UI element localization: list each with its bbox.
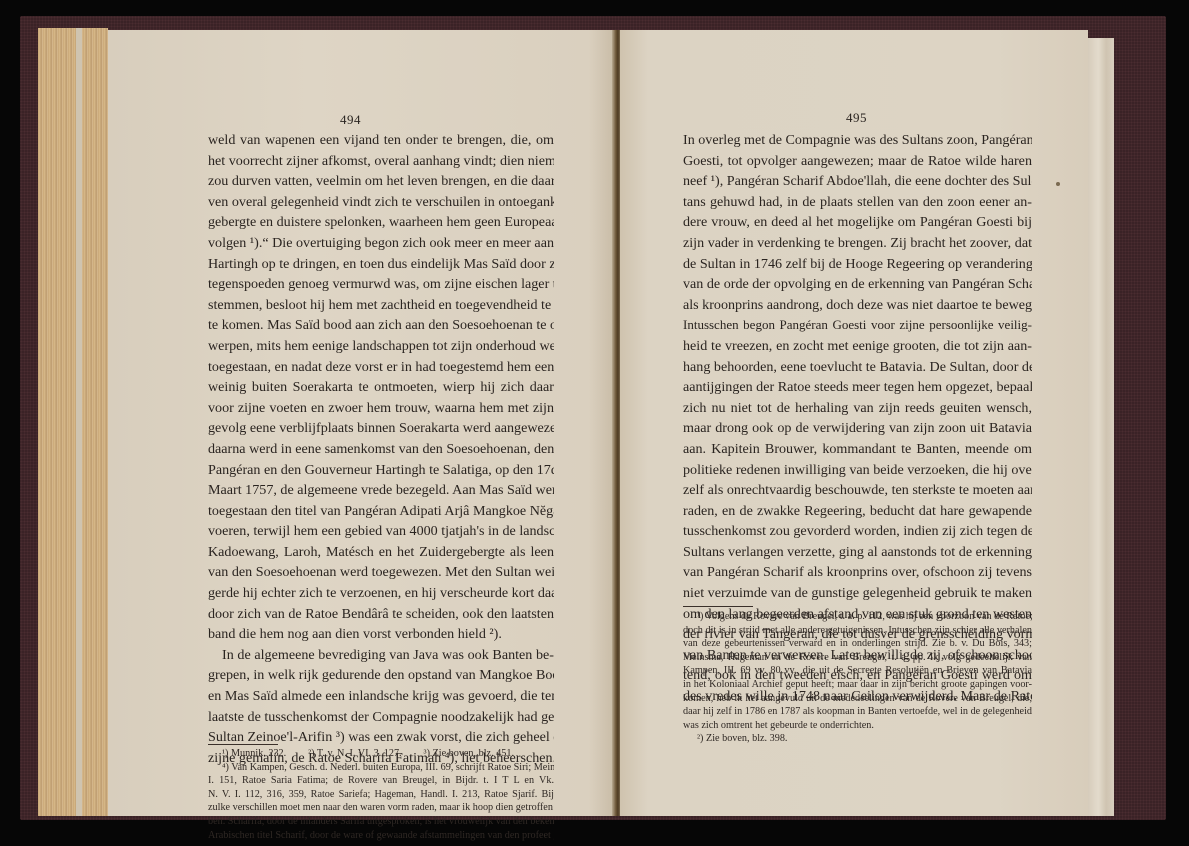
text-line: zou durven vatten, veelmin om het leven … bbox=[208, 171, 554, 192]
text-line: voor zijne voeten en zwoer hem trouw, wa… bbox=[208, 398, 554, 419]
footnote-1: ¹) Munnik. 232. bbox=[222, 747, 286, 761]
text-line: van de orde der opvolging en de erkennin… bbox=[683, 274, 1032, 295]
text-line: Hartingh op te dringen, en toen dus eind… bbox=[208, 254, 554, 275]
text-line: politieke redenen inwilliging van beide … bbox=[683, 460, 1032, 481]
text-line: werpen, mits hem eenige landschappen tot… bbox=[208, 336, 554, 357]
text-line: door zich van de Ratoe Bendârâ te scheid… bbox=[208, 604, 554, 625]
text-line: heid te vreezen, en zocht met eenige gro… bbox=[683, 336, 1032, 357]
text-line: Goesti, tot opvolger aangewezen; maar de… bbox=[683, 151, 1032, 172]
text-line: als kroonprins aandrong, doch deze was n… bbox=[683, 295, 1032, 316]
text-line: toegestaan den titel van Pangéran Adipat… bbox=[208, 501, 554, 522]
right-footnotes: ¹) Volgens de Rovere van Breugel, t. a. … bbox=[683, 610, 1032, 746]
footnote-rule bbox=[683, 606, 753, 607]
footnote-4-line: ben. Scharifa, door de inlanders Sarifa … bbox=[208, 815, 554, 829]
text-line: aantijgingen der Ratoe steeds meer tegen… bbox=[683, 377, 1032, 398]
footnote-3: ³) Zie boven, blz. 451. bbox=[424, 747, 514, 761]
page-number-left: 494 bbox=[340, 112, 361, 128]
footnote-1-line: van deze gebeurtenissen verward en in on… bbox=[683, 637, 1032, 651]
footnote-4-line: zulke verschillen moet men naar den ware… bbox=[208, 801, 554, 815]
text-line: toegestaan, en nadat deze vorst er in ha… bbox=[208, 357, 554, 378]
text-line-paragraph-start: In de algemeene bevrediging van Java was… bbox=[208, 645, 554, 666]
text-line: Pangéran en den Gouverneur Hartingh te S… bbox=[208, 460, 554, 481]
text-line: en Mas Saïd almede een inlandsche krijg … bbox=[208, 686, 554, 707]
footnote-1-line: ¹) Volgens de Rovere van Breugel, t. a. … bbox=[683, 610, 1032, 624]
text-line: grepen, in welk rijk gedurende den opsta… bbox=[208, 665, 554, 686]
text-line: tusschenkomst zou gevorderd worden, indi… bbox=[683, 521, 1032, 542]
text-line: tegenspoeden genoeg vermurwd was, om zij… bbox=[208, 274, 554, 295]
text-line: stemmen, besloot hij hem met zachtheid e… bbox=[208, 295, 554, 316]
text-line: weinig buiten Soerakarta te ontmoeten, w… bbox=[208, 377, 554, 398]
text-line: zich nu niet tot de herhaling van zijn r… bbox=[683, 398, 1032, 419]
text-line: van Pangéran Scharif als kroonprins over… bbox=[683, 562, 1032, 583]
footnote-4-line: ⁴) Van Kampen, Gesch. d. Nederl. buiten … bbox=[208, 761, 554, 775]
text-line: volgen ¹).“ Die overtuiging begon zich o… bbox=[208, 233, 554, 254]
right-page: 495 In overleg met de Compagnie was des … bbox=[620, 30, 1088, 816]
footnote-1-line: in het Koloniaal Archief geput heeft; ma… bbox=[683, 678, 1032, 692]
text-line: Sultans verlangen verzette, ging al aans… bbox=[683, 542, 1032, 563]
left-page: 494 weld van wapenen een vijand ten onde… bbox=[108, 30, 614, 816]
text-line: Maart 1757, de algemeene vrede bezegeld.… bbox=[208, 480, 554, 501]
text-line: maar drong ook op de verwijdering van zi… bbox=[683, 418, 1032, 439]
text-line: gerde hij echter zich te verzoenen, en h… bbox=[208, 583, 554, 604]
text-line: de Sultan in 1746 zelf bij de Hooge Rege… bbox=[683, 254, 1032, 275]
text-line: zijn vader in verdenking te brengen. Zij… bbox=[683, 233, 1032, 254]
footnote-1-line: komen, heb ik het aangevuld uit de meded… bbox=[683, 692, 1032, 706]
text-line: aan. Kapitein Brouwer, kommandant te Ban… bbox=[683, 439, 1032, 460]
footnote-2-line: ²) Zie boven, blz. 398. bbox=[683, 732, 1032, 746]
text-line: Intusschen begon Pangéran Goesti voor zi… bbox=[683, 315, 1032, 336]
left-footnotes: ¹) Munnik. 232. ²) T. v. N. I. VI. 3. 12… bbox=[208, 747, 554, 842]
text-line: laatste de tusschenkomst der Compagnie n… bbox=[208, 707, 554, 728]
page-number-right: 495 bbox=[846, 110, 867, 126]
text-line: voeren, terwijl hem een gebied van 4000 … bbox=[208, 521, 554, 542]
footnote-1-line: Kampen, III. 69 vv. 80 vv., die uit de S… bbox=[683, 664, 1032, 678]
footnote-1-line: Meinsma, Hageman en de Rovere van Breuge… bbox=[683, 651, 1032, 665]
page-edges-right bbox=[1088, 38, 1114, 816]
text-line: weld van wapenen een vijand ten onder te… bbox=[208, 130, 554, 151]
text-line: niet verzuimde van de gunstige gelegenhe… bbox=[683, 583, 1032, 604]
text-line: neef ¹), Pangéran Scharif Abdoe'llah, di… bbox=[683, 171, 1032, 192]
text-line: te komen. Mas Saïd bood aan zich aan den… bbox=[208, 315, 554, 336]
footnote-1-line: doch dit is in strijd met alle andere ge… bbox=[683, 624, 1032, 638]
text-line: In overleg met de Compagnie was des Sult… bbox=[683, 130, 1032, 151]
text-line: van den Soesoehoenan werd toegewezen. Me… bbox=[208, 562, 554, 583]
footnote-4-line: I. 151, Ratoe Saria Fatima; de Rovere va… bbox=[208, 774, 554, 788]
left-body-text: weld van wapenen een vijand ten onder te… bbox=[208, 130, 554, 768]
footnote-4-line: Arabischen titel Scharif, door de ware o… bbox=[208, 829, 554, 843]
text-line: gebergte en duistere spelonken, waarheen… bbox=[208, 212, 554, 233]
text-line: hang behoorden, eene toevlucht te Batavi… bbox=[683, 357, 1032, 378]
text-line: gevolg eene verblijfplaats binnen Soerak… bbox=[208, 418, 554, 439]
footnote-1-line: was zich omtrent het gebeurde te onderri… bbox=[683, 719, 1032, 733]
text-line: raden, en de zwakke Regeering, beducht d… bbox=[683, 501, 1032, 522]
text-line: tans gehuwd had, in de plaats stellen va… bbox=[683, 192, 1032, 213]
text-line: daarna werd in eene samenkomst van den S… bbox=[208, 439, 554, 460]
text-line: band die hem nog aan dien vorst verbonde… bbox=[208, 624, 554, 645]
text-line: zelf als onrechtvaardig beschouwde, ten … bbox=[683, 480, 1032, 501]
footnote-rule bbox=[208, 744, 278, 745]
footnote-2: ²) T. v. N. I. VI. 3. 127. bbox=[308, 747, 402, 761]
page-edges-left bbox=[38, 28, 108, 816]
footnote-1-line: daar hij zelf in 1786 en 1787 als koopma… bbox=[683, 705, 1032, 719]
footnote-row: ¹) Munnik. 232. ²) T. v. N. I. VI. 3. 12… bbox=[208, 747, 554, 761]
text-line: dere vrouw, en deed al het mogelijke om … bbox=[683, 212, 1032, 233]
text-line: het voorrecht zijner afkomst, overal aan… bbox=[208, 151, 554, 172]
paper-speck bbox=[1056, 182, 1060, 186]
text-line: Kadoewang, Laroh, Matésch en het Zuiderg… bbox=[208, 542, 554, 563]
footnote-4-line: N. V. I. 112, 316, 359, Ratoe Sariefa; H… bbox=[208, 788, 554, 802]
text-line: ven overal gelegenheid vindt zich te ver… bbox=[208, 192, 554, 213]
